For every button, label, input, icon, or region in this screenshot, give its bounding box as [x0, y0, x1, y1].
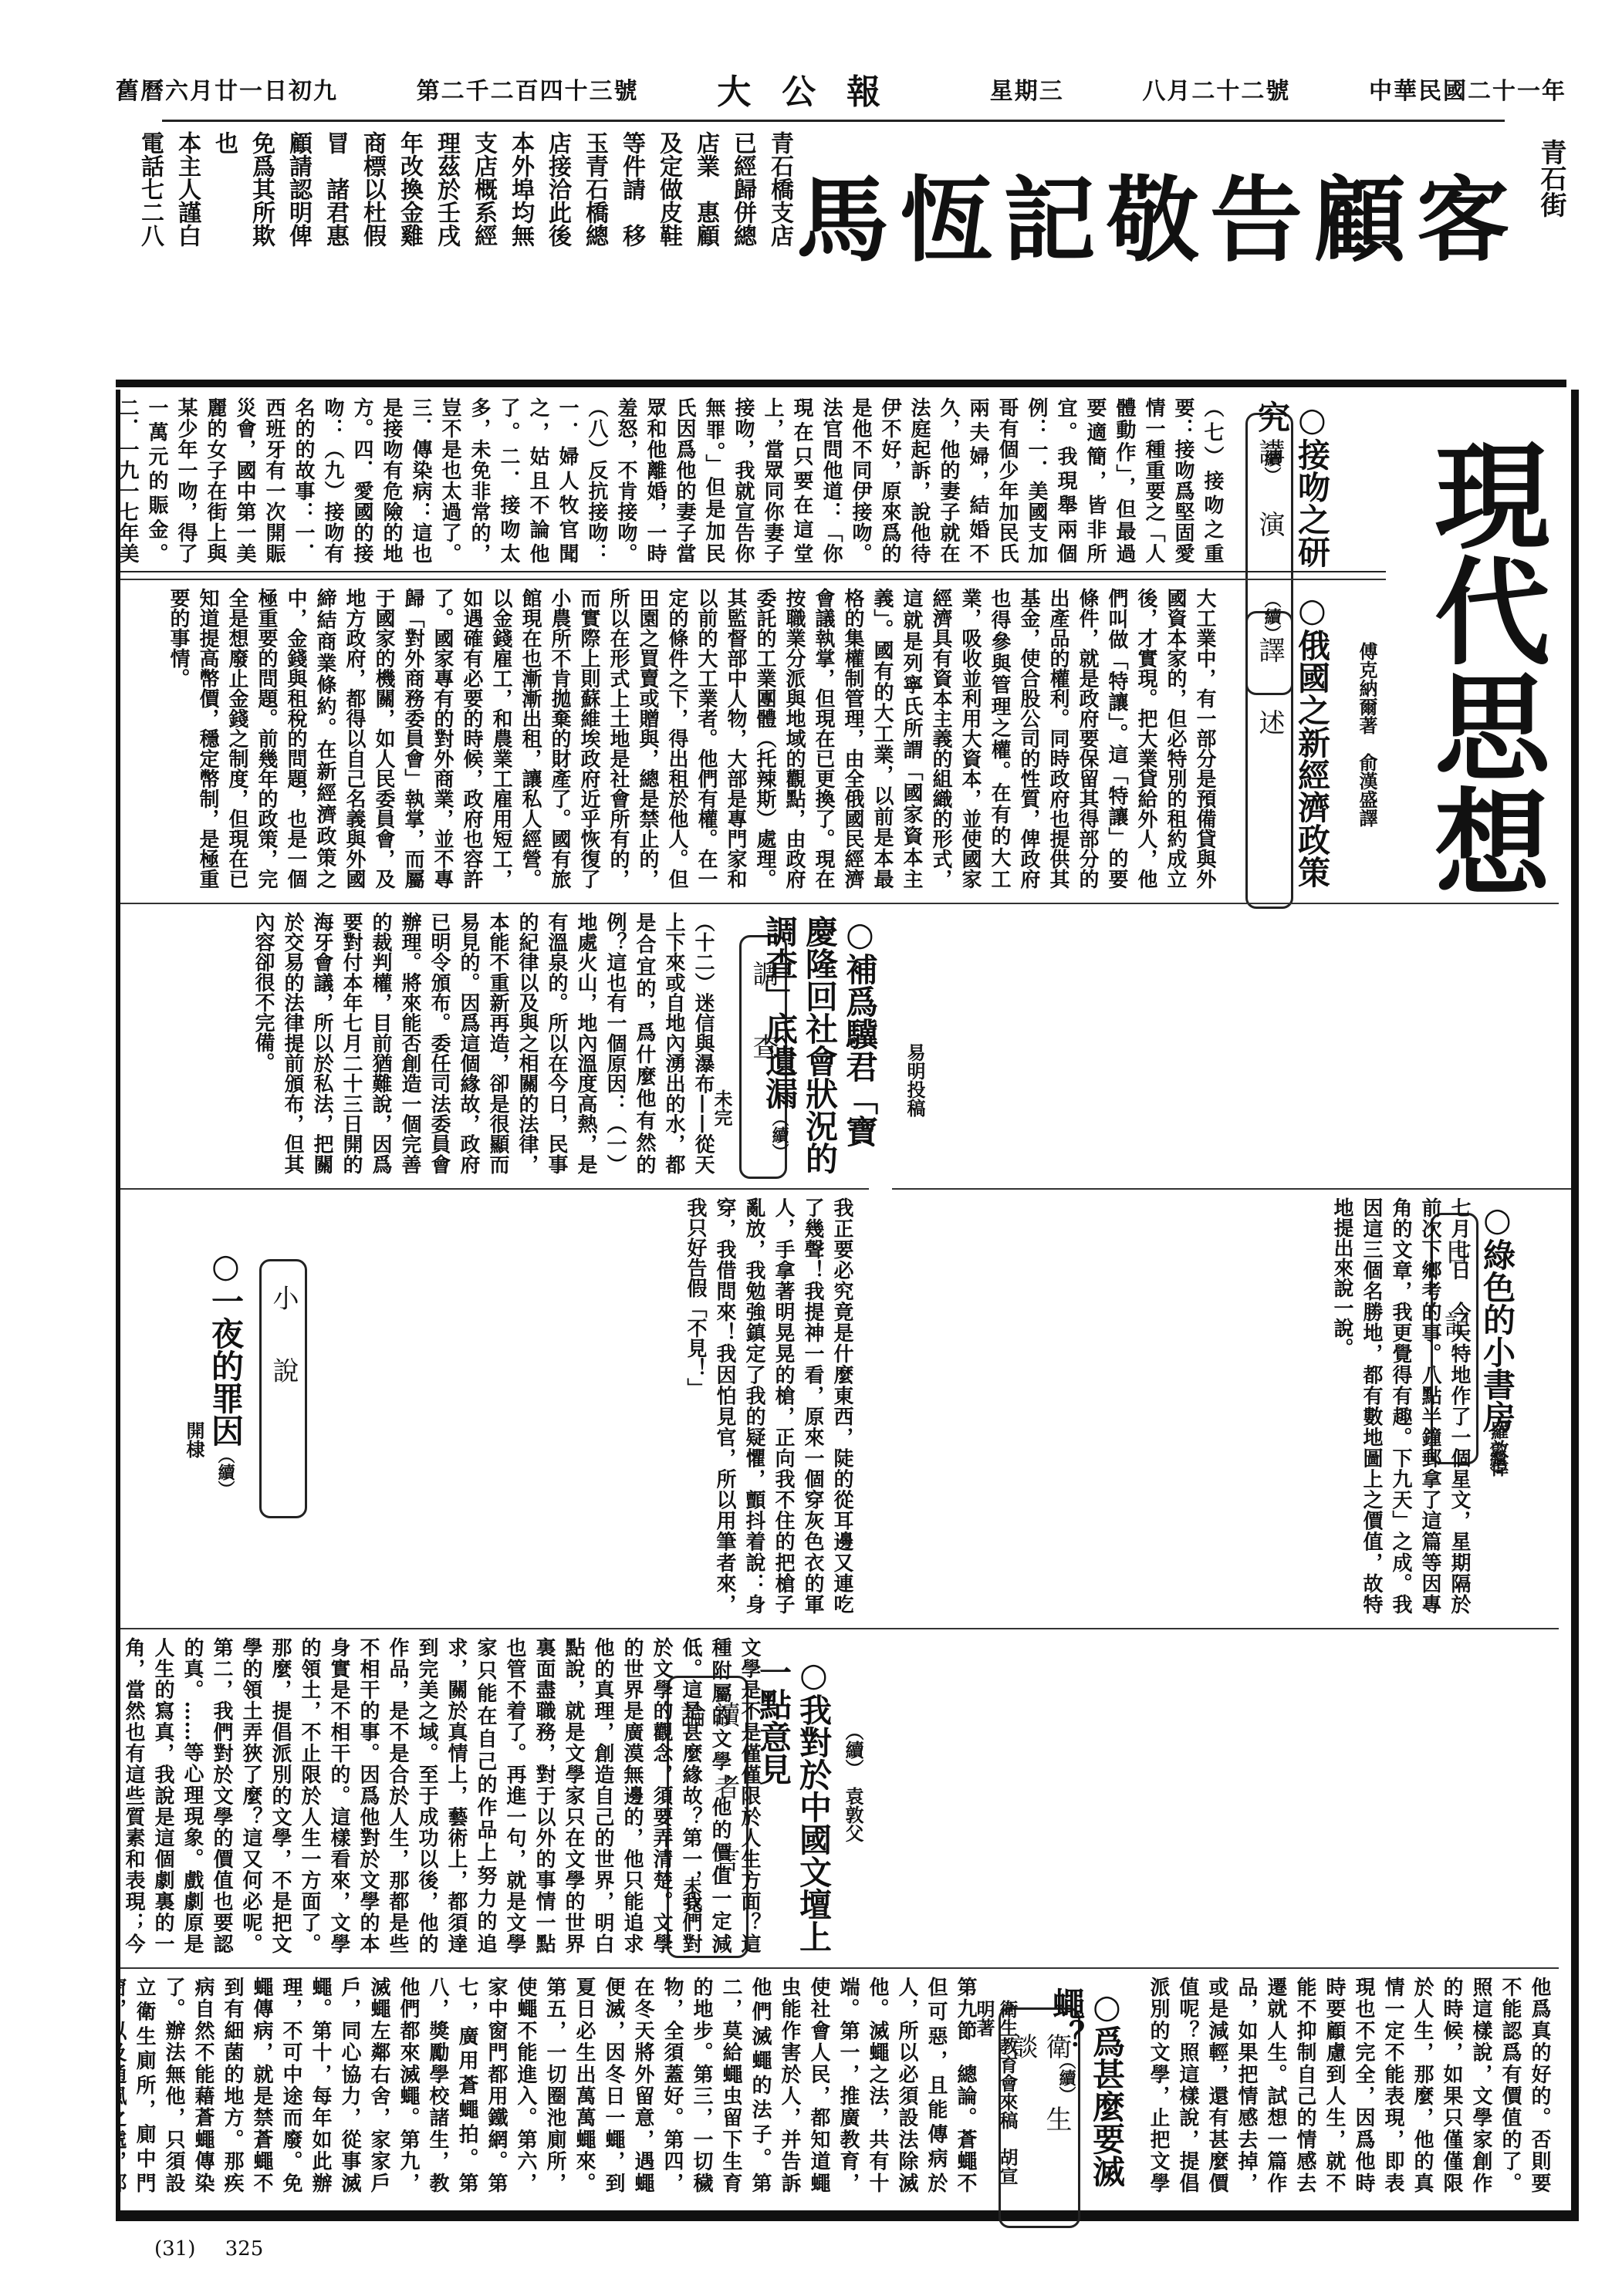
- ad-line: 也: [208, 131, 239, 363]
- article-hygiene-body: 第九節 總論。蒼蠅不但可惡，且能傳病於人，所以必須設法除滅他。滅蠅之法，共有十端…: [120, 1969, 985, 2200]
- advertisement: 青石街 馬恆記敬告顧客 青石橋支店已經歸併總店業 惠顧及定做皮鞋等件請 移玉青石…: [116, 123, 1566, 378]
- article-translation-byline: 傅克納爾著 俞漢盛譯: [1355, 642, 1378, 827]
- ad-line: 顧請認明俾: [282, 131, 313, 363]
- article-diary-body: 七月七日 今天特地作了一個星文，星期隔於前次下鄉考的事。八點半鐘郵拿了這篇等因專…: [892, 1190, 1478, 1622]
- masthead-lunar-date: 舊曆六月廿一日初九: [116, 72, 338, 106]
- article-lecture: ○接吻之研究（續） （七）接吻之重要：接吻爲堅固愛情一種重要之「人體動作」，但最…: [120, 390, 1386, 571]
- article-reader-body: 文學是不是僅僅限於人生方面？這種附屬的文學，他的價值一定減低。這是甚麼緣故？第一…: [120, 1629, 769, 1961]
- ad-line: 冒 諸君惠: [319, 131, 350, 363]
- ad-street-label: 青石街: [1536, 139, 1566, 218]
- article-novel: 小說 ○一夜的罪因（續） 開棣 我正要必究竟是什麼東西，陡的從耳邊又連吃了幾聲！…: [120, 1188, 869, 1622]
- ad-line: 等件請 移: [616, 131, 647, 363]
- ad-line: 玉青石橋總: [579, 131, 610, 363]
- ad-title: 馬恆記敬告顧客: [796, 147, 1520, 279]
- masthead-date: 八月二十二號: [1142, 72, 1290, 106]
- article-novel-byline: 開棣: [182, 1421, 205, 1458]
- ad-line: 商標以杜假: [357, 131, 387, 363]
- article-translation: 譯述 ○俄國之新經濟政策（續） 傅克納爾著 俞漢盛譯 大工業中，有一部分是預備貸…: [120, 579, 1386, 896]
- ad-line: 及定做皮鞋: [653, 131, 684, 363]
- band-bottom: 他爲真的好的。否則要不能認爲有價值的了。照這樣說，文學家創作的時候，如果只僅僅限…: [120, 1967, 1559, 2200]
- ad-line: 支店概系經: [468, 131, 498, 363]
- article-translation-title: ○俄國之新經濟政策（續）: [1252, 580, 1332, 896]
- ad-line: 電話七二八: [134, 131, 165, 363]
- section-title-modern-thought: 現代思想: [1417, 436, 1548, 899]
- masthead-issue: 第二千二百四十三號: [417, 72, 639, 106]
- ad-line: 本主人謹白: [171, 131, 202, 363]
- ad-line: 青石橋支店: [764, 131, 795, 363]
- ad-line: 年改換金雞: [394, 131, 424, 363]
- article-literature-continued: 他爲真的好的。否則要不能認爲有價值的了。照這樣說，文學家創作的時候，如果只僅僅限…: [1142, 1969, 1559, 2200]
- article-diary-byline: 羅敦偉: [1486, 1421, 1509, 1477]
- masthead-paper-name: 大公報: [717, 64, 911, 113]
- ad-line: 店接洽此後: [542, 131, 573, 363]
- ad-rule: [116, 380, 1566, 387]
- ad-body: 青石橋支店已經歸併總店業 惠顧及定做皮鞋等件請 移玉青石橋總店接洽此後本外埠均無…: [116, 131, 795, 363]
- newspaper-page: 中華民國二十一年 八月二十二號 星期三 大公報 第二千二百四十三號 舊曆六月廿一…: [116, 46, 1566, 2222]
- ad-line: 本外埠均無: [505, 131, 536, 363]
- article-survey-title: ○補爲驥君「寶慶隆回社會狀況的調查」底遺漏（續）: [759, 904, 880, 1177]
- article-diary: 日記 ○綠色的小書房（續） 羅敦偉 七月七日 今天特地作了一個星文，星期隔於前次…: [892, 1188, 1571, 1622]
- article-reader-byline: （續） 袁敦父: [841, 1722, 864, 1842]
- article-hygiene-title: ○爲甚麼要滅蠅？（續）: [1046, 1977, 1127, 2200]
- article-novel-title: ○一夜的罪因（續）: [205, 1236, 245, 1497]
- page-footer: (31) 325: [154, 2237, 286, 2261]
- masthead-republic-year: 中華民國二十一年: [1369, 72, 1566, 106]
- masthead-weekday: 星期三: [990, 72, 1064, 106]
- article-survey: 調查 ○補爲驥君「寶慶隆回社會狀況的調查」底遺漏（續） 易明投稿 未完 （十二）…: [120, 903, 1559, 1182]
- masthead: 中華民國二十一年 八月二十二號 星期三 大公報 第二千二百四十三號 舊曆六月廿一…: [116, 62, 1566, 116]
- article-novel-body-tail: [120, 1190, 182, 1622]
- ad-line: 理茲於壬戌: [431, 131, 461, 363]
- article-reader: 讀者言論 ○我對於中國文壇上一點意見 （續） 袁敦父 未完 文學是不是僅僅限於人…: [120, 1628, 1559, 1961]
- ad-line: 已經歸併總: [727, 131, 758, 363]
- page-index: (31): [154, 2237, 195, 2261]
- article-novel-body: 我正要必究竟是什麼東西，陡的從耳邊又連吃了幾聲！我提神一看，原來一個穿灰色衣的軍…: [321, 1190, 861, 1622]
- article-lecture-body: （七）接吻之重要：接吻爲堅固愛情一種重要之「人體動作」，但最過要適簡，皆非所宜。…: [120, 390, 1232, 571]
- article-survey-byline: 易明投稿: [903, 1043, 926, 1117]
- ad-line: 店業 惠顧: [690, 131, 721, 363]
- ad-line: 免爲其所欺: [245, 131, 276, 363]
- masthead-rule: [162, 120, 1505, 122]
- page-number: 325: [225, 2237, 264, 2261]
- tag-novel: 小說: [259, 1259, 307, 1518]
- article-survey-body: （十二）迷信與瀑布——從天上下來或自地內湧出的水，都是合宜的，爲什麼他有然的例？…: [120, 904, 722, 1182]
- main-frame: 現代思想 講演 ○接吻之研究（續） （七）接吻之重要：接吻爲堅固愛情一種重要之「…: [116, 390, 1579, 2221]
- article-translation-body: 大工業中，有一部分是預備貸與外國資本家的，但必特別的租約成立後，才實現。把大業貸…: [120, 580, 1224, 896]
- article-lecture-title: ○接吻之研究（續）: [1252, 390, 1332, 571]
